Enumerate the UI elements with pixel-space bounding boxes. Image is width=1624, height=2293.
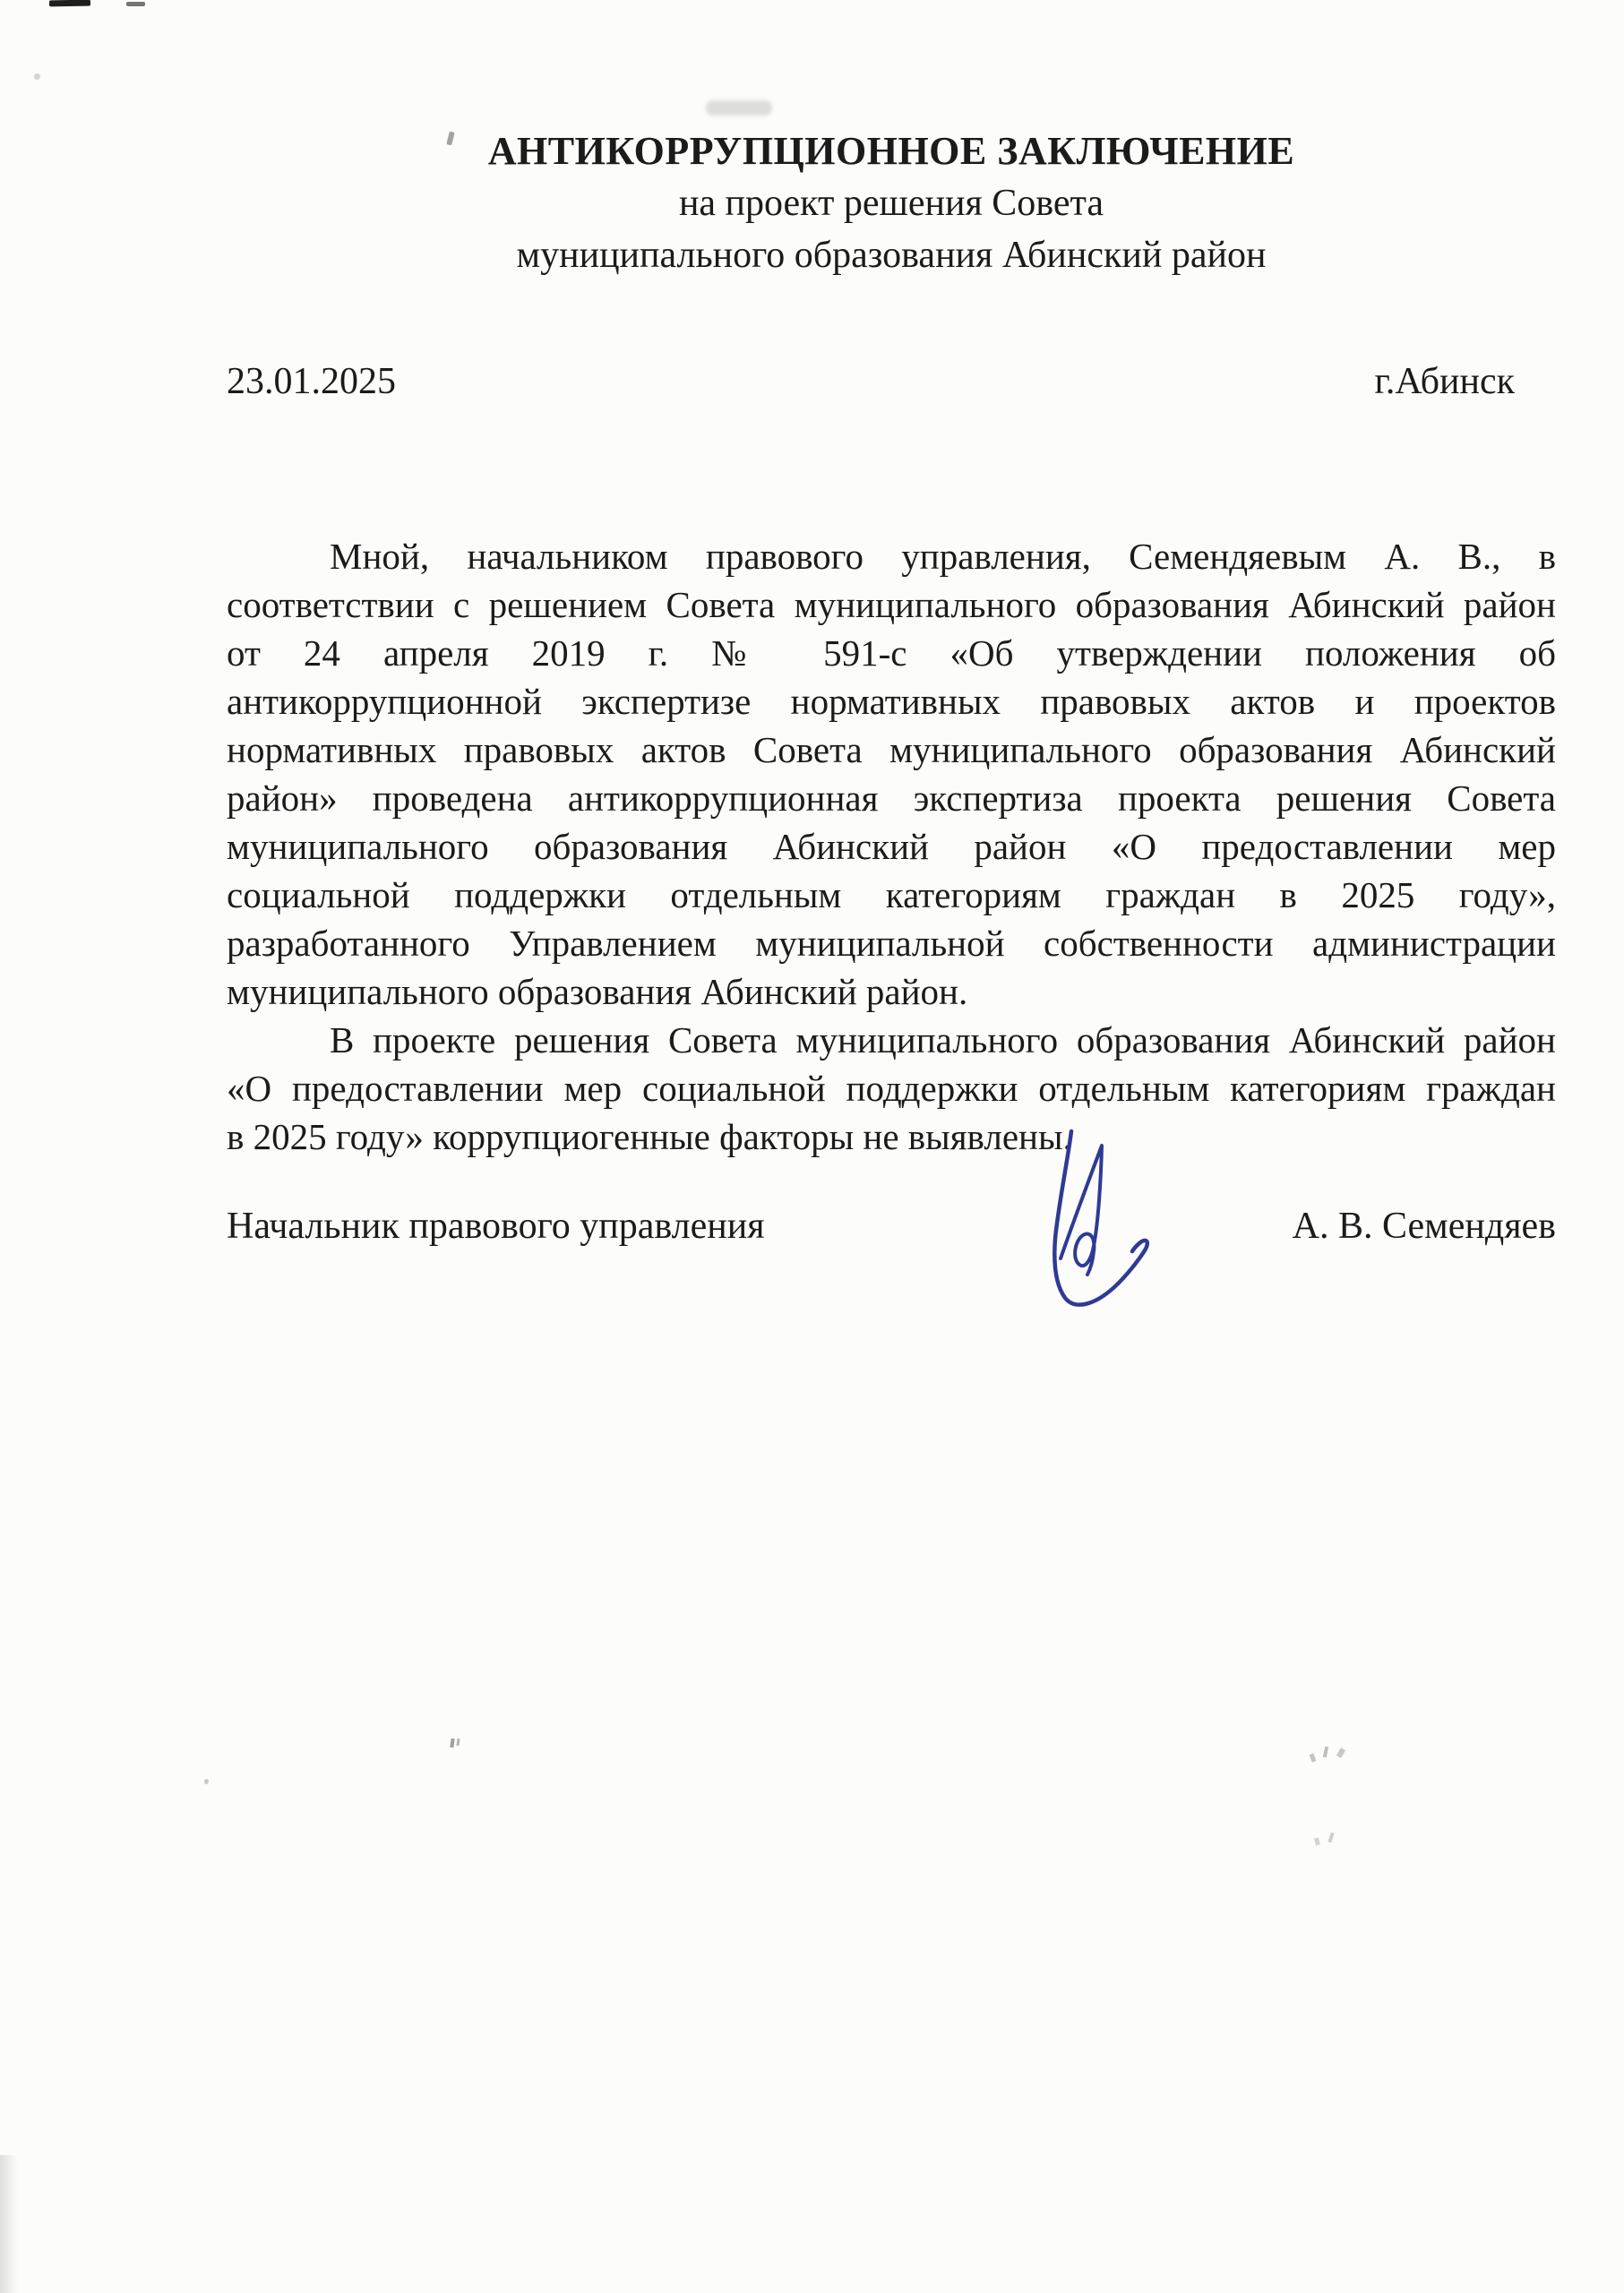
title-line-3: муниципального образования Абинский райо… xyxy=(227,229,1556,281)
document-page: АНТИКОРРУПЦИОННОЕ ЗАКЛЮЧЕНИЕ на проект р… xyxy=(0,0,1624,2293)
paragraph-1-line: муниципального образования Абинский райо… xyxy=(227,822,1556,871)
scan-artifact xyxy=(1336,1748,1345,1758)
paragraph-1-line: соответствии с решением Совета муниципал… xyxy=(227,580,1556,629)
scan-artifact xyxy=(126,2,145,6)
date-row: 23.01.2025 г.Абинск xyxy=(227,356,1556,407)
scan-artifact xyxy=(1323,1747,1328,1758)
scan-artifact xyxy=(1328,1833,1334,1843)
signature-row: Начальник правового управления А. В. Сем… xyxy=(227,1201,1556,1251)
paragraph-2-line: «О предоставлении мер социальной поддерж… xyxy=(227,1064,1556,1112)
document-title: АНТИКОРРУПЦИОННОЕ ЗАКЛЮЧЕНИЕ на проект р… xyxy=(227,125,1556,281)
signature-position: Начальник правового управления xyxy=(227,1201,765,1251)
paragraph-2-line: в 2025 году» коррупциогенные факторы не … xyxy=(227,1112,1556,1161)
scan-artifact xyxy=(49,0,90,6)
title-line-1: АНТИКОРРУПЦИОННОЕ ЗАКЛЮЧЕНИЕ xyxy=(227,125,1556,177)
paragraph-1-line: муниципального образования Абинский райо… xyxy=(227,967,1556,1016)
paragraph-1-line: нормативных правовых актов Совета муници… xyxy=(227,726,1556,774)
paragraph-1-line: район» проведена антикоррупционная экспе… xyxy=(227,774,1556,822)
scan-artifact xyxy=(450,1739,454,1748)
paragraph-1-line: от 24 апреля 2019 г. № 591-с «Об утвержд… xyxy=(227,629,1556,677)
signature-name: А. В. Семендяев xyxy=(1293,1201,1556,1251)
document-body: АНТИКОРРУПЦИОННОЕ ЗАКЛЮЧЕНИЕ на проект р… xyxy=(227,0,1556,1251)
scan-artifact xyxy=(34,73,40,80)
paragraph-2: В проекте решения Совета муниципального … xyxy=(227,1016,1556,1161)
paragraph-2-line: В проекте решения Совета муниципального … xyxy=(227,1016,1556,1064)
document-date: 23.01.2025 xyxy=(227,356,396,407)
title-line-2: на проект решения Совета xyxy=(227,177,1556,229)
scan-artifact xyxy=(1310,1753,1317,1762)
paragraph-1-line: разработанного Управлением муниципальной… xyxy=(227,919,1556,967)
scan-artifact xyxy=(204,1779,209,1784)
scan-artifact xyxy=(0,2155,18,2293)
paragraph-1-line: Мной, начальником правового управления, … xyxy=(227,532,1556,580)
paragraph-1-line: антикоррупционной экспертизе нормативных… xyxy=(227,677,1556,726)
document-place: г.Абинск xyxy=(1374,356,1556,407)
scan-artifact xyxy=(1314,1837,1320,1845)
handwritten-signature xyxy=(1028,1122,1163,1319)
paragraph-1-line: социальной поддержки отдельным категория… xyxy=(227,871,1556,919)
scan-artifact xyxy=(456,1739,460,1746)
paragraph-1: Мной, начальником правового управления, … xyxy=(227,532,1556,1016)
